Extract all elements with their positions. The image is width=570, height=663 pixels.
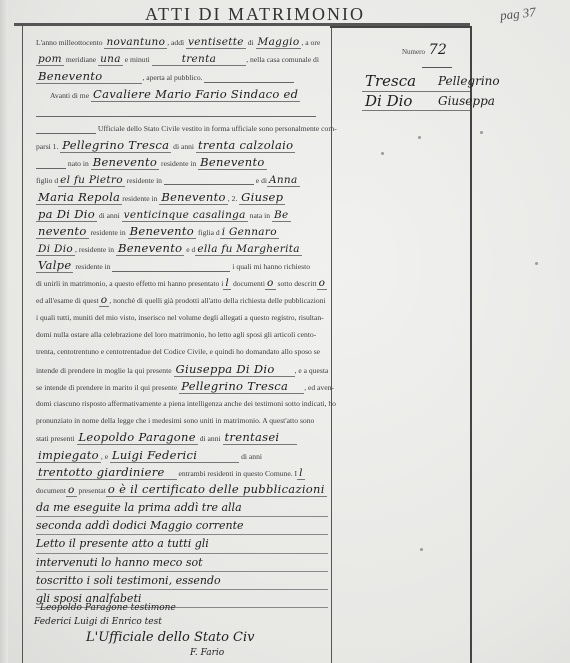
handwritten-witness-2: Luigi Federici xyxy=(110,448,239,463)
body-line: L'anno milleottocento novantuno, addì ve… xyxy=(36,34,326,51)
handwritten-mother-surname: Maria Repola xyxy=(36,190,122,205)
handwritten-witness-2-age-job: trentotto giardiniere xyxy=(36,465,177,480)
groom-surname: Tresca xyxy=(365,72,416,90)
paper-spot xyxy=(381,152,384,155)
body-line: Valpe residente in i quali mi hanno rich… xyxy=(36,257,326,274)
body-line: Maria Repolaresidente in Benevento, 2. G… xyxy=(36,189,326,206)
paper-spot xyxy=(535,262,538,265)
body-line: parsi 1. Pellegrino Tresca di anni trent… xyxy=(36,137,326,154)
printed-text: , 2. xyxy=(228,194,238,203)
heading-text: ATTI DI MATRIMONIO xyxy=(145,4,365,25)
handwritten-text: pom xyxy=(36,53,64,66)
handwritten-year: novantuno xyxy=(104,36,167,49)
printed-text: nata in xyxy=(250,211,270,220)
fill-dash xyxy=(36,108,316,117)
body-line: Ufficiale dello Stato Civile vestito in … xyxy=(36,120,326,137)
bride-surname: Di Dio xyxy=(365,92,412,110)
numero-value: 72 xyxy=(427,42,449,58)
printed-text: stati presenti xyxy=(36,434,75,443)
printed-text: , e xyxy=(101,452,108,461)
printed-text: trenta, centotrentuno e centotrentadue d… xyxy=(36,347,320,356)
handwritten-documents: o è il certificato delle pubblicazioni xyxy=(106,482,327,497)
annotation-line: toscritto i soli testimoni, essendo xyxy=(36,572,328,590)
body-line: intende di prendere in moglie la qui pre… xyxy=(36,361,326,378)
printed-text: pronunziato in nome della legge che i me… xyxy=(36,416,314,425)
body-line: impiegato, e Luigi Federici di anni xyxy=(36,447,326,464)
handwritten-text: l xyxy=(297,467,305,480)
handwritten-witness-1: Leopoldo Paragone xyxy=(77,430,198,445)
body-line: nato in Benevento residente in Benevento xyxy=(36,154,326,171)
handwritten-residence: Benevento xyxy=(159,190,227,205)
printed-text: domi nulla ostare alla celebrazione del … xyxy=(36,330,316,339)
handwritten-bride-age-job: venticinque casalinga xyxy=(122,209,248,222)
printed-text: , nonchè di quelli già prodotti all'atto… xyxy=(109,296,325,305)
handwritten-birthplace: nevento xyxy=(36,224,89,239)
handwritten-father-surname: Di Dio xyxy=(36,243,75,256)
handwritten-annotations: da me eseguite la prima addì tre alla se… xyxy=(36,499,328,608)
printed-text: nato in xyxy=(68,159,89,168)
fill-dash xyxy=(112,263,230,272)
printed-text: residente in xyxy=(75,262,110,271)
printed-text: di anni xyxy=(173,142,194,151)
printed-text: residente in xyxy=(122,194,157,203)
handwritten-residence: Benevento xyxy=(198,155,266,170)
handwritten-father: el fu Pietro xyxy=(58,174,125,187)
printed-text: di anni xyxy=(200,434,221,443)
body-line xyxy=(36,103,326,120)
witness-2-signature: Federici Luigi di Enrico test xyxy=(34,617,162,627)
handwritten-text: o xyxy=(99,294,110,307)
printed-text: , e a questa xyxy=(295,366,329,375)
handwritten-town: Benevento xyxy=(36,69,142,84)
body-line: domi nulla ostare alla celebrazione del … xyxy=(36,326,326,343)
printed-text: L'anno milleottocento xyxy=(36,38,103,47)
body-line: stati presenti Leopoldo Paragone di anni… xyxy=(36,429,326,446)
handwritten-text: o xyxy=(317,277,328,290)
printed-text: , nella casa comunale di xyxy=(246,55,319,64)
numero-label: Numero xyxy=(402,48,425,56)
handwritten-minutes: trenta xyxy=(152,53,247,66)
body-line: pa Di Dio di anni venticinque casalinga … xyxy=(36,206,326,223)
printed-text: e minuti xyxy=(125,55,150,64)
binding-edge xyxy=(0,0,8,663)
handwritten-hour: una xyxy=(98,53,123,66)
printed-text: residente in xyxy=(161,159,196,168)
bride-given-name: Giuseppa xyxy=(438,94,495,108)
handwritten-month: Maggio xyxy=(256,36,302,49)
officer-signature: L'Ufficiale dello Stato Civ xyxy=(86,630,255,645)
margin-rule xyxy=(362,110,470,111)
printed-text: i quali tutti, muniti del mio visto, ins… xyxy=(36,313,324,322)
margin-column-frame xyxy=(330,26,472,663)
paper-spot xyxy=(480,131,483,134)
printed-text: , ed aven- xyxy=(304,383,334,392)
printed-text: ed all'esame di quest xyxy=(36,296,99,305)
printed-text: i quali mi hanno richiesto xyxy=(232,262,310,271)
printed-text: , a ore xyxy=(301,38,320,47)
printed-text: e d xyxy=(186,245,195,254)
body-line: ed all'esame di questo, nonchè di quelli… xyxy=(36,292,326,309)
body-line: se intende di prendere in marito il qui … xyxy=(36,378,326,395)
body-line: Benevento, aperta al pubblico. xyxy=(36,68,326,85)
handwritten-groom-name: Pellegrino Tresca xyxy=(60,138,171,153)
printed-text: meridiane xyxy=(66,55,96,64)
body-line: pronunziato in nome della legge che i me… xyxy=(36,412,326,429)
printed-text: figlio d xyxy=(36,176,58,185)
body-line: nevento residente in Benevento figlia di… xyxy=(36,223,326,240)
handwritten-birthplace: Benevento xyxy=(91,155,159,170)
marriage-act-body: L'anno milleottocento novantuno, addì ve… xyxy=(36,34,326,498)
handwritten-text: l xyxy=(223,277,231,290)
handwritten-bride-name: Giuseppa Di Dio xyxy=(174,362,295,377)
handwritten-groom-name: Pellegrino Tresca xyxy=(179,379,304,394)
handwritten-residence: Benevento xyxy=(128,224,196,239)
handwritten-witness-1-job: impiegato xyxy=(36,448,101,463)
printed-text: di xyxy=(248,38,254,47)
body-line: di unirli in matrimonio, a questo effett… xyxy=(36,275,326,292)
handwritten-birthplace: Be xyxy=(272,209,291,222)
fill-dash xyxy=(36,125,96,134)
officer-initials: F. Fario xyxy=(190,648,224,658)
groom-given-name: Pellegrino xyxy=(438,74,500,88)
fill-dash xyxy=(204,74,294,83)
printed-text: di anni xyxy=(99,211,120,220)
printed-text: , aperta al pubblico. xyxy=(142,73,202,82)
printed-text: document xyxy=(36,486,66,495)
witness-1-signature: Leopoldo Paragone testimone xyxy=(40,603,176,613)
annotation-line: da me eseguite la prima addì tre alla xyxy=(36,499,328,517)
page-title: ATTI DI MATRIMONIO xyxy=(0,4,570,25)
body-line: pom meridiane una e minuti trenta, nella… xyxy=(36,51,326,68)
body-line: Avanti di me Cavaliere Mario Fario Sinda… xyxy=(36,86,326,103)
fill-dash xyxy=(36,160,66,169)
printed-text: residente in xyxy=(90,228,125,237)
printed-text: Ufficiale dello Stato Civile vestito in … xyxy=(98,124,337,133)
printed-text: parsi 1. xyxy=(36,142,58,151)
body-line: Di Dio, residente in Benevento e della f… xyxy=(36,240,326,257)
printed-text: documenti xyxy=(233,279,265,288)
handwritten-residence: Benevento xyxy=(116,241,184,256)
handwritten-day: ventisette xyxy=(186,36,246,49)
printed-text: entrambi residenti in questo Comune. I xyxy=(179,469,298,478)
body-line: domi ciascuno risposto affermativamente … xyxy=(36,395,326,412)
printed-text: di anni xyxy=(241,452,262,461)
body-line: figlio del fu Pietro residente in e diAn… xyxy=(36,172,326,189)
handwritten-groom-age-job: trenta calzolaio xyxy=(196,138,295,153)
document-page: ATTI DI MATRIMONIO pag 37 Numero 72 Tres… xyxy=(0,0,570,663)
handwritten-text: o xyxy=(66,484,77,497)
body-line: documento presentato è il certificato de… xyxy=(36,481,326,498)
handwritten-mother-surname: Valpe xyxy=(36,258,73,273)
body-line: i quali tutti, muniti del mio visto, ins… xyxy=(36,309,326,326)
handwritten-officiant: Cavaliere Mario Fario Sindaco ed xyxy=(91,87,300,102)
handwritten-witness-1-age: trentasei xyxy=(223,430,298,445)
handwritten-bride-name: Giusep xyxy=(239,190,285,205)
paper-spot xyxy=(418,136,421,139)
printed-text: e di xyxy=(256,176,267,185)
printed-text: domi ciascuno risposto affermativamente … xyxy=(36,399,336,408)
printed-text: residente in xyxy=(127,176,162,185)
body-line: trentotto giardiniere entrambi residenti… xyxy=(36,464,326,481)
annotation-line: seconda addì dodici Maggio corrente xyxy=(36,517,328,535)
numero-underline xyxy=(422,67,452,68)
handwritten-bride-surname: pa Di Dio xyxy=(36,207,97,222)
paper-spot xyxy=(420,548,423,551)
printed-text: , residente in xyxy=(75,245,114,254)
fill-dash xyxy=(164,176,254,185)
printed-text: se intende di prendere in marito il qui … xyxy=(36,383,177,392)
printed-text: di unirli in matrimonio, a questo effett… xyxy=(36,279,223,288)
printed-text: presentat xyxy=(78,486,105,495)
handwritten-mother: Anna xyxy=(267,174,300,187)
handwritten-father: i Gennaro xyxy=(220,226,279,239)
printed-text: figlia d xyxy=(198,228,220,237)
handwritten-text: o xyxy=(265,277,276,290)
handwritten-mother: ella fu Margherita xyxy=(195,243,302,256)
printed-text: intende di prendere in moglie la qui pre… xyxy=(36,366,172,375)
annotation-line: intervenuti lo hanno meco sot xyxy=(36,554,328,572)
printed-text: , addì xyxy=(167,38,184,47)
record-number: Numero 72 xyxy=(402,42,449,58)
printed-text: sotto descritt xyxy=(278,279,317,288)
printed-text: Avanti di me xyxy=(36,91,89,100)
annotation-line: Letto il presente atto a tutti gli xyxy=(36,535,328,553)
body-line: trenta, centotrentuno e centotrentadue d… xyxy=(36,343,326,360)
